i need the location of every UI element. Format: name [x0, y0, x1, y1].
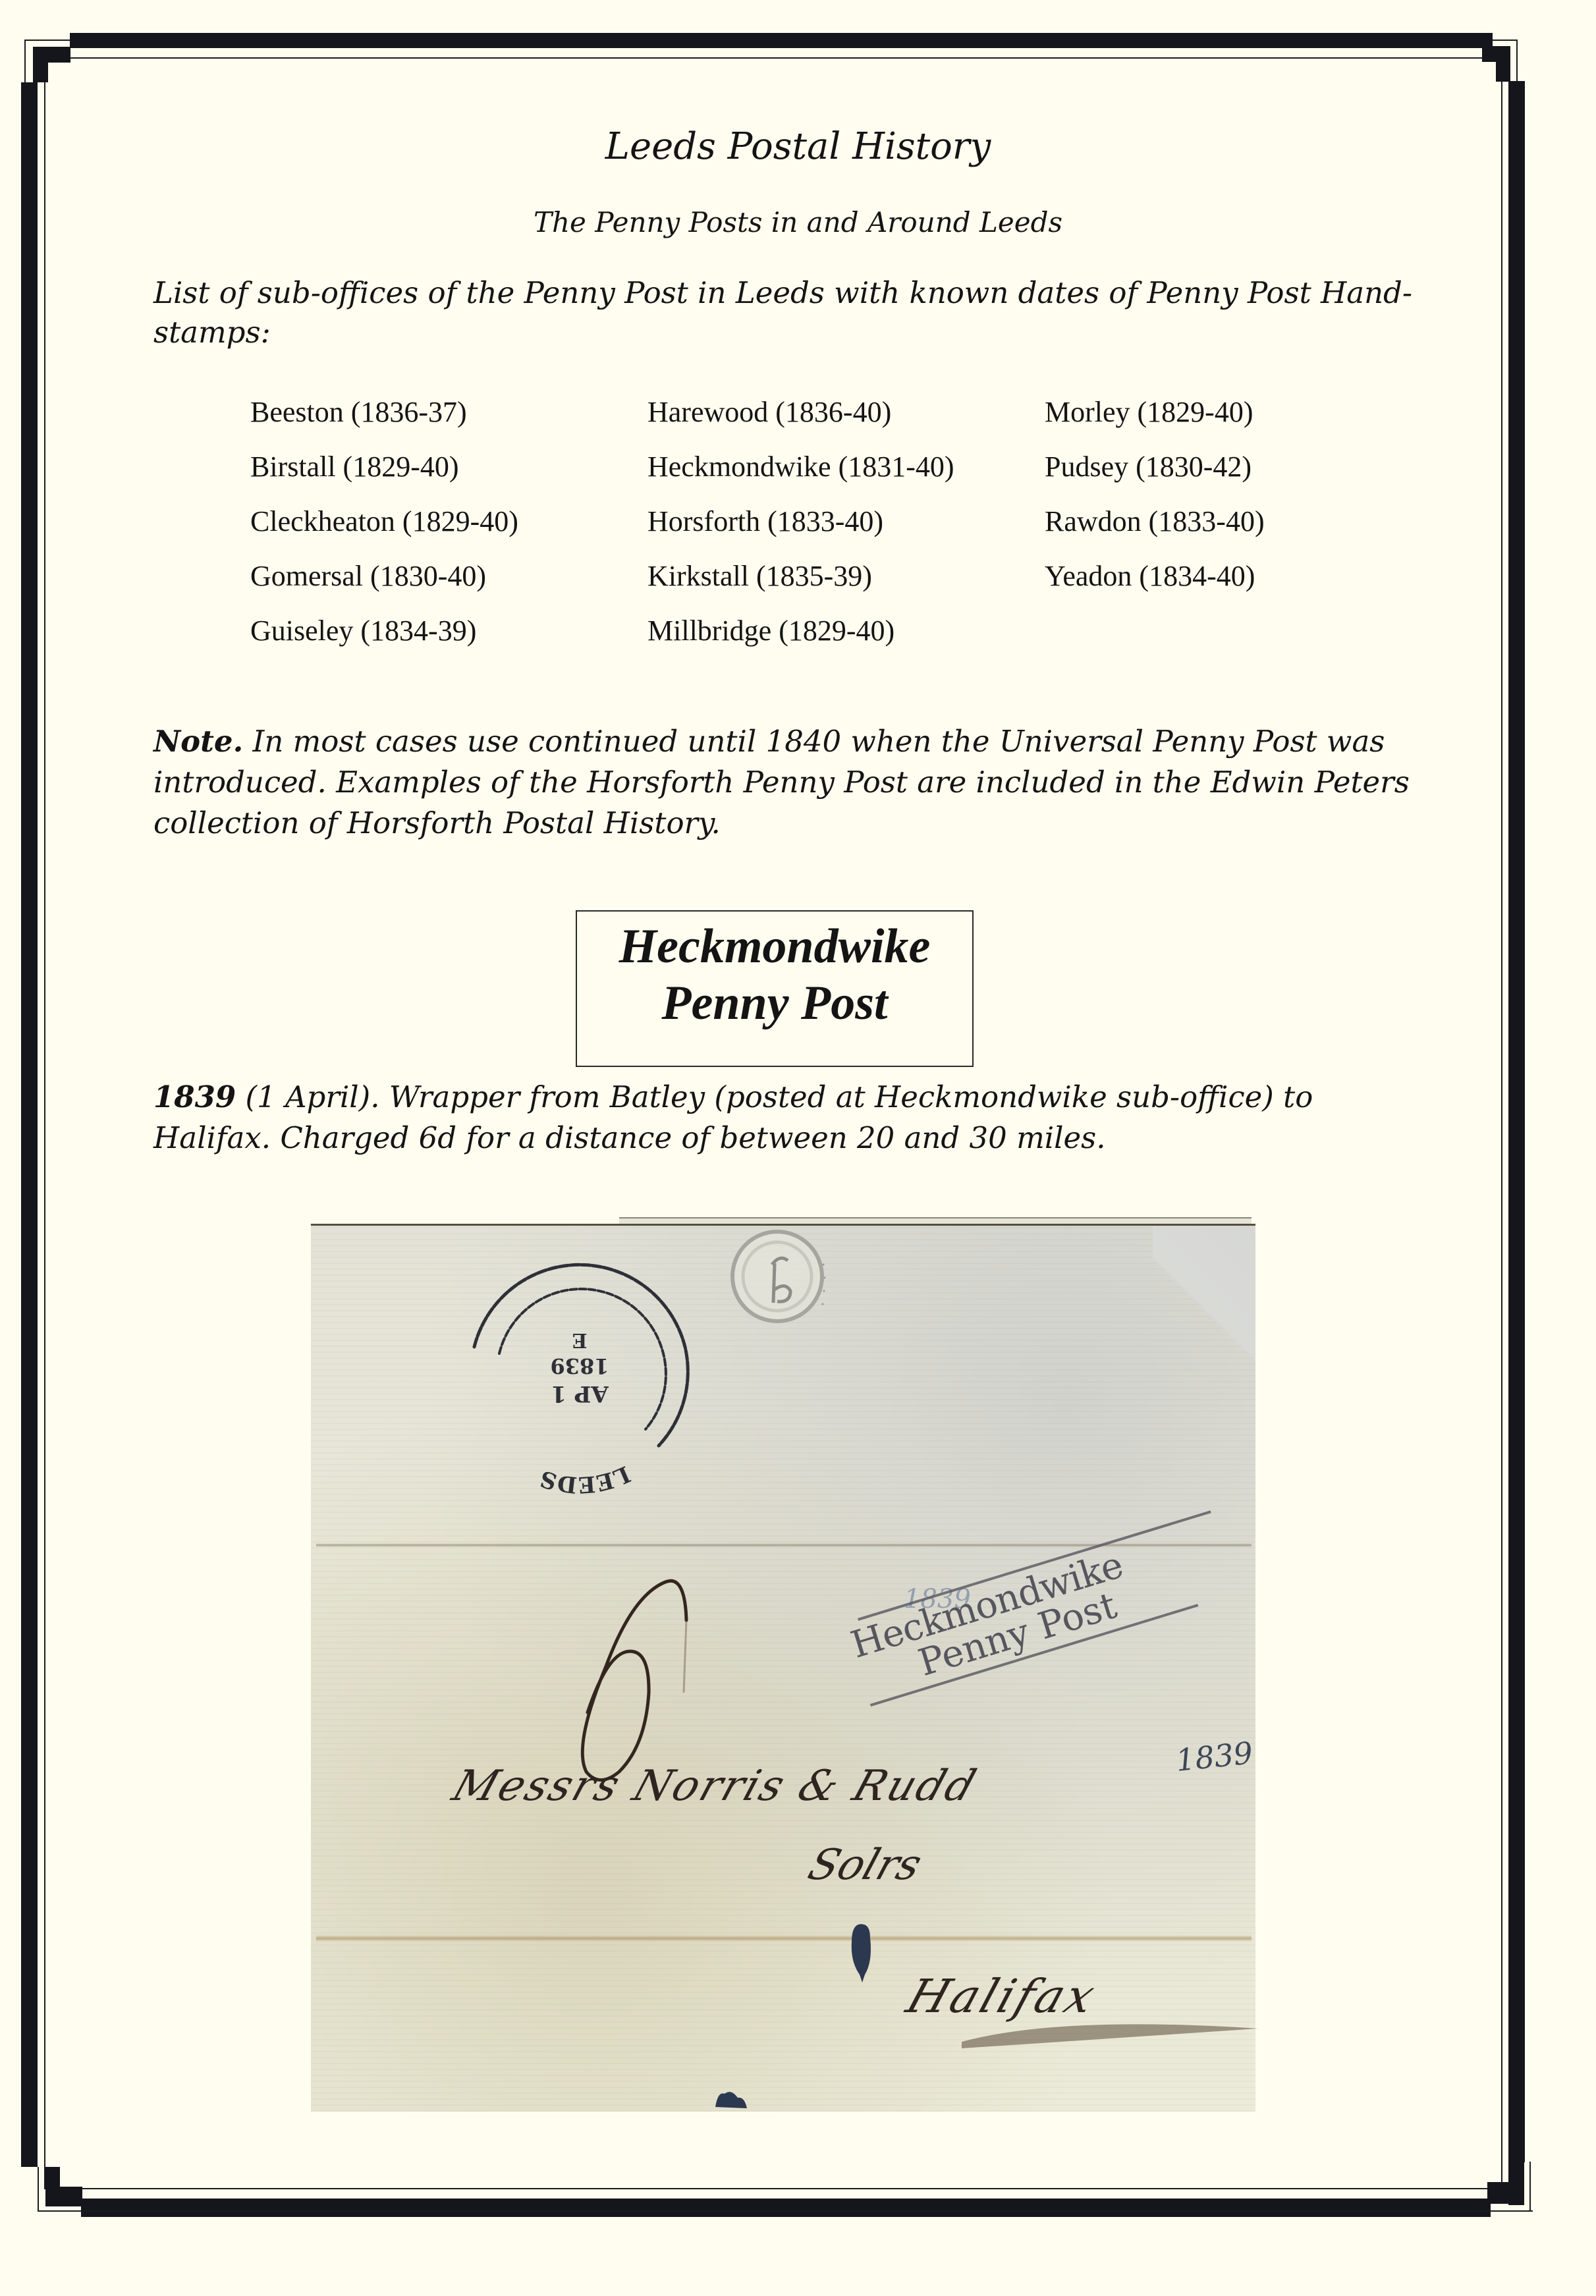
note-paragraph: Note. In most cases use continued until …	[153, 721, 1425, 844]
sub-office-item: Horsforth (1833-40)	[647, 494, 1045, 549]
sub-office-item: Pudsey (1830-42)	[1045, 439, 1374, 494]
sub-office-item: Birstall (1829-40)	[250, 439, 647, 494]
border-right-inner-line	[1501, 80, 1502, 2188]
ink-blot	[846, 1922, 879, 1988]
intro-paragraph: List of sub-offices of the Penny Post in…	[153, 273, 1425, 352]
border-tr-outer-v	[1516, 40, 1518, 82]
datestamp-month-day: AP 1	[551, 1380, 609, 1407]
ink-blot	[711, 2085, 751, 2111]
cover-corner-flap	[1153, 1226, 1255, 1398]
border-left-bar	[21, 82, 38, 2167]
note-label: Note.	[153, 724, 243, 759]
page-subtitle: The Penny Posts in and Around Leeds	[0, 204, 1596, 241]
datestamp-code: E	[572, 1328, 588, 1352]
address-line1: Messrs Norris & Rudd	[447, 1762, 983, 1811]
fold-line	[316, 1935, 1252, 1942]
border-bottom-inner-line	[81, 2188, 1491, 2189]
sub-office-item: Harewood (1836-40)	[647, 385, 1045, 439]
border-bottom-outer-line	[38, 2210, 1533, 2212]
sub-office-item: Heckmondwike (1831-40)	[647, 439, 1045, 494]
sub-office-item: Rawdon (1833-40)	[1045, 494, 1374, 549]
border-br-outer-v	[1529, 2162, 1531, 2212]
sub-office-list: Beeston (1836-37)Birstall (1829-40)Cleck…	[250, 385, 1370, 658]
datestamp-year: 1839	[550, 1353, 609, 1379]
caption-year: 1839	[153, 1080, 236, 1114]
sub-office-item: Millbridge (1829-40)	[647, 603, 1045, 658]
border-tl-block-v	[33, 47, 48, 82]
sub-office-item: Guiseley (1834-39)	[250, 603, 647, 658]
caption-text: (1 April). Wrapper from Batley (posted a…	[153, 1080, 1313, 1155]
sub-office-item: Kirkstall (1835-39)	[647, 549, 1045, 603]
section-heading-line2: Penny Post	[577, 975, 972, 1031]
section-heading-box: Heckmondwike Penny Post	[576, 910, 974, 1067]
border-tr-block-v	[1496, 46, 1510, 82]
border-bl-outer-v	[38, 2167, 39, 2212]
sub-office-item: Gomersal (1830-40)	[250, 549, 647, 603]
section-heading-line1: Heckmondwike	[577, 918, 972, 975]
wax-seal-icon	[725, 1225, 837, 1337]
sub-office-item: Cleckheaton (1829-40)	[250, 494, 647, 549]
sub-office-item: Beeston (1836-37)	[250, 385, 647, 439]
sub-office-item: Morley (1829-40)	[1045, 385, 1374, 439]
border-top-inner-line	[70, 57, 1493, 59]
border-left-inner-line	[44, 82, 45, 2189]
border-tl-outer-v	[24, 40, 26, 83]
note-text: In most cases use continued until 1840 w…	[153, 724, 1410, 840]
border-bottom-bar	[81, 2199, 1491, 2217]
border-br-block-h	[1487, 2182, 1524, 2204]
border-bl-block-h	[45, 2187, 82, 2206]
border-right-bar	[1508, 81, 1525, 2162]
cover-caption: 1839 (1 April). Wrapper from Batley (pos…	[153, 1077, 1425, 1159]
address-line2: Solrs	[802, 1841, 927, 1890]
page-title: Leeds Postal History	[0, 124, 1596, 170]
address-underline	[962, 2015, 1265, 2055]
sub-office-item: Yeadon (1834-40)	[1045, 549, 1374, 603]
border-top-bar	[70, 33, 1493, 48]
leeds-datestamp-icon: AP 1 1839 E LEEDS	[461, 1248, 698, 1485]
